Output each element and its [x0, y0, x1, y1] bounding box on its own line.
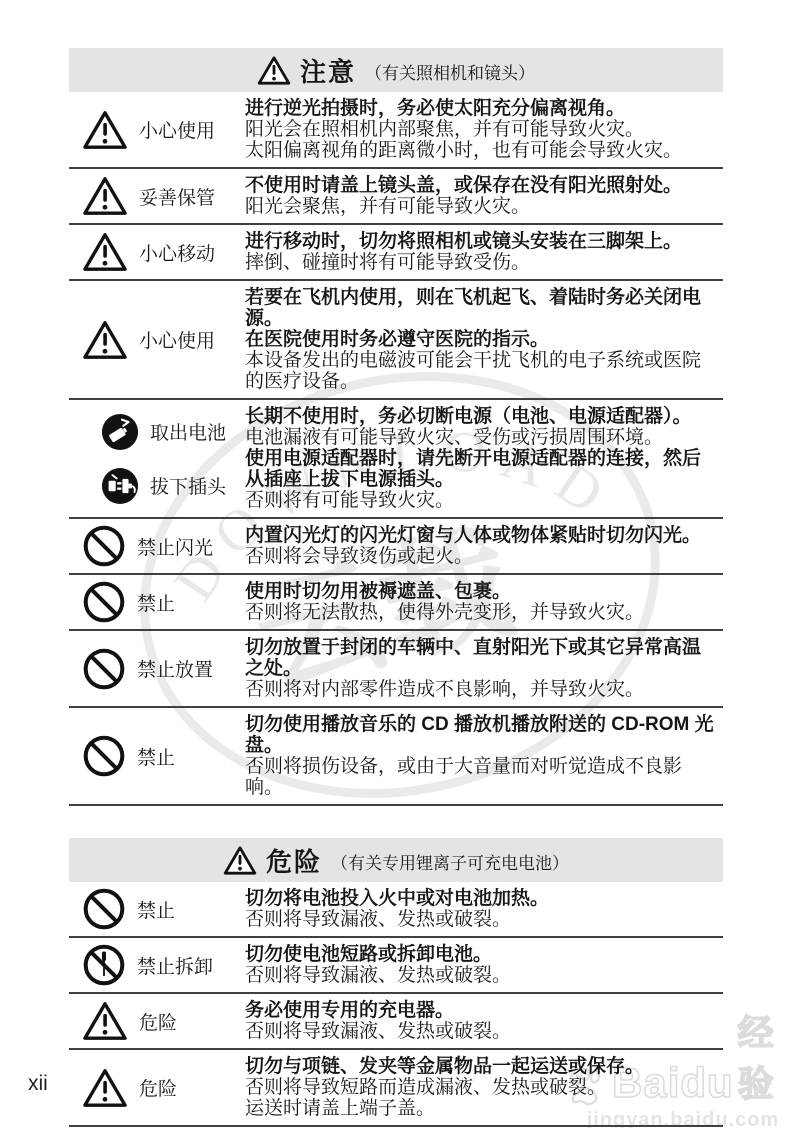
row-signal: 妥善保管 [69, 175, 245, 217]
row-text: 进行逆光拍摄时，务必使太阳充分偏离视角。 阳光会在照相机内部聚焦，并有可能导致火… [245, 96, 723, 163]
instruction-line: 切勿将电池投入火中或对电池加热。 [245, 888, 719, 909]
section-title: 注意 [300, 52, 356, 89]
consequence-line: 否则将损伤设备，或由于大音量而对听觉造成不良影响。 [245, 756, 719, 798]
instruction-line: 进行逆光拍摄时，务必使太阳充分偏离视角。 [245, 98, 719, 119]
table-row: 妥善保管 不使用时请盖上镜头盖，或保存在没有阳光照射处。 阳光会聚焦，并有可能导… [69, 169, 723, 225]
row-signal: 危险 [69, 1067, 245, 1109]
instruction-line: 务必使用专用的充电器。 [245, 1000, 719, 1021]
remove-battery-icon [101, 413, 139, 451]
warning-triangle-icon [82, 109, 128, 151]
table-row: 禁止放置 切勿放置于封闭的车辆中、直射阳光下或其它异常高温之处。 否则将对内部零… [69, 631, 723, 708]
table-row: 禁止 使用时切勿用被褥遮盖、包裹。 否则将无法散热，使得外壳变形，并导致火灾。 [69, 575, 723, 631]
unplug-icon [101, 467, 139, 505]
table-row: 危险 切勿与项链、发夹等金属物品一起运送或保存。 否则将导致短路而造成漏液、发热… [69, 1050, 723, 1127]
table-row: 取出电池 拔下插头 长期不使用时，务必切断电源（电池、电源适配器）。 电池漏液有… [69, 400, 723, 519]
signal-label: 禁止 [137, 743, 175, 770]
consequence-line: 否则将导致漏液、发热或破裂。 [245, 909, 719, 930]
consequence-line: 运送时请盖上端子盖。 [245, 1098, 719, 1119]
danger-section-header: 危险 （有关专用锂离子可充电电池） [69, 838, 723, 882]
warning-triangle-icon [82, 1067, 128, 1109]
instruction-line: 切勿使电池短路或拆卸电池。 [245, 944, 719, 965]
signal-label: 小心使用 [139, 326, 215, 353]
table-row: 禁止拆卸 切勿使电池短路或拆卸电池。 否则将导致漏液、发热或破裂。 [69, 938, 723, 994]
signal-label: 妥善保管 [139, 183, 215, 210]
signal-label: 禁止拆卸 [137, 952, 213, 979]
warning-triangle-icon [82, 231, 128, 273]
signal-label: 危险 [139, 1008, 177, 1035]
table-row: 禁止 切勿使用播放音乐的 CD 播放机播放附送的 CD-ROM 光盘。 否则将损… [69, 708, 723, 806]
warning-triangle-icon [82, 1000, 128, 1042]
signal-label: 禁止 [137, 589, 175, 616]
row-signal: 小心使用 [69, 109, 245, 151]
instruction-line: 使用时切勿用被褥遮盖、包裹。 [245, 581, 719, 602]
instruction-line: 长期不使用时，务必切断电源（电池、电源适配器）。 [245, 406, 719, 427]
instruction-line: 切勿与项链、发夹等金属物品一起运送或保存。 [245, 1056, 719, 1077]
prohibition-icon [82, 734, 126, 778]
consequence-line: 否则将会导致烫伤或起火。 [245, 546, 719, 567]
instruction-line: 若要在飞机内使用，则在飞机起飞、着陆时务必关闭电源。 [245, 287, 719, 329]
instruction-line: 切勿放置于封闭的车辆中、直射阳光下或其它异常高温之处。 [245, 637, 719, 679]
prohibition-icon [82, 647, 126, 691]
manual-page: 注意 （有关照相机和镜头） 小心使用 进行逆光拍摄时，务必使太阳充分偏离视角。 … [69, 48, 723, 1127]
prohibition-icon [82, 580, 126, 624]
instruction-line: 切勿使用播放音乐的 CD 播放机播放附送的 CD-ROM 光盘。 [245, 714, 719, 756]
consequence-line: 阳光会聚焦，并有可能导致火灾。 [245, 196, 719, 217]
table-row: 小心使用 进行逆光拍摄时，务必使太阳充分偏离视角。 阳光会在照相机内部聚焦，并有… [69, 92, 723, 169]
table-row: 禁止闪光 内置闪光灯的闪光灯窗与人体或物体紧贴时切勿闪光。 否则将会导致烫伤或起… [69, 519, 723, 575]
jingyan-logo-text: 经验 [738, 1005, 800, 1107]
row-signal: 小心移动 [69, 231, 245, 273]
signal-label: 拔下插头 [150, 472, 226, 499]
instruction-line: 在医院使用时务必遵守医院的指示。 [245, 329, 719, 350]
signal-label: 小心使用 [139, 116, 215, 143]
consequence-line: 本设备发出的电磁波可能会干扰飞机的电子系统或医院的医疗设备。 [245, 350, 719, 392]
section-subtitle: （有关照相机和镜头） [365, 56, 535, 84]
warning-triangle-icon [257, 55, 291, 86]
signal-label: 禁止放置 [137, 655, 213, 682]
row-signal: 危险 [69, 1000, 245, 1042]
caution-section-header: 注意 （有关照相机和镜头） [69, 48, 723, 92]
consequence-line: 否则将无法散热，使得外壳变形，并导致火灾。 [245, 602, 719, 623]
warning-triangle-icon [82, 319, 128, 361]
signal-label: 禁止闪光 [137, 533, 213, 560]
row-signal: 禁止 [69, 580, 245, 624]
row-signal: 小心使用 [69, 319, 245, 361]
instruction-line: 使用电源适配器时，请先断开电源适配器的连接，然后从插座上拔下电源插头。 [245, 448, 719, 490]
caution-section: 注意 （有关照相机和镜头） 小心使用 进行逆光拍摄时，务必使太阳充分偏离视角。 … [69, 48, 723, 806]
consequence-line: 否则将导致漏液、发热或破裂。 [245, 965, 719, 986]
row-signal: 禁止拆卸 [69, 943, 245, 987]
row-signal: 禁止闪光 [69, 524, 245, 568]
row-signal: 取出电池 拔下插头 [69, 413, 245, 505]
section-title: 危险 [266, 842, 322, 879]
consequence-line: 否则将对内部零件造成不良影响，并导致火灾。 [245, 679, 719, 700]
consequence-line: 否则将导致短路而造成漏液、发热或破裂。 [245, 1077, 719, 1098]
table-row: 小心使用 若要在飞机内使用，则在飞机起飞、着陆时务必关闭电源。 在医院使用时务必… [69, 281, 723, 400]
page-number: xii [28, 1072, 48, 1096]
table-row: 禁止 切勿将电池投入火中或对电池加热。 否则将导致漏液、发热或破裂。 [69, 882, 723, 938]
signal-label: 小心移动 [139, 239, 215, 266]
signal-label: 禁止 [137, 896, 175, 923]
prohibition-icon [82, 887, 126, 931]
no-disassembly-icon [82, 943, 126, 987]
table-row: 危险 务必使用专用的充电器。 否则将导致漏液、发热或破裂。 [69, 994, 723, 1050]
row-signal: 禁止 [69, 734, 245, 778]
warning-triangle-icon [223, 845, 257, 876]
instruction-line: 不使用时请盖上镜头盖，或保存在没有阳光照射处。 [245, 175, 719, 196]
signal-label: 危险 [139, 1074, 177, 1101]
consequence-line: 摔倒、碰撞时将有可能导致受伤。 [245, 252, 719, 273]
row-signal: 禁止 [69, 887, 245, 931]
consequence-line: 电池漏液有可能导致火灾、受伤或污损周围环境。 [245, 427, 719, 448]
table-row: 小心移动 进行移动时，切勿将照相机或镜头安装在三脚架上。 摔倒、碰撞时将有可能导… [69, 225, 723, 281]
consequence-line: 太阳偏离视角的距离微小时，也有可能会导致火灾。 [245, 140, 719, 161]
instruction-line: 内置闪光灯的闪光灯窗与人体或物体紧贴时切勿闪光。 [245, 525, 719, 546]
section-subtitle: （有关专用锂离子可充电电池） [331, 846, 569, 874]
warning-triangle-icon [82, 175, 128, 217]
prohibition-icon [82, 524, 126, 568]
signal-label: 取出电池 [150, 418, 226, 445]
row-signal: 禁止放置 [69, 647, 245, 691]
instruction-line: 进行移动时，切勿将照相机或镜头安装在三脚架上。 [245, 231, 719, 252]
consequence-line: 否则将导致漏液、发热或破裂。 [245, 1021, 719, 1042]
consequence-line: 阳光会在照相机内部聚焦，并有可能导致火灾。 [245, 119, 719, 140]
danger-section: 危险 （有关专用锂离子可充电电池） 禁止 切勿将电池投入火中或对电池加热。 否则… [69, 838, 723, 1127]
consequence-line: 否则将有可能导致火灾。 [245, 490, 719, 511]
